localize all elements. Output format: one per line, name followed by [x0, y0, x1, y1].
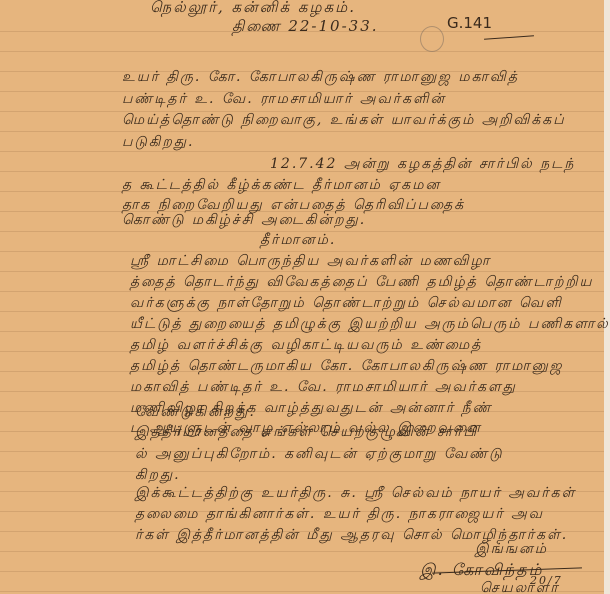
- paper-edge: [604, 0, 610, 594]
- section-heading: தீர்மானம்.: [260, 232, 336, 250]
- body-line: யீட்டுத் துறையைத் தமிழுக்கு இயற்றிய அரும…: [130, 316, 610, 334]
- body-line: த கூட்டத்தில் கீழ்க்கண்ட தீர்மானம் ஏகமன: [122, 177, 441, 195]
- body-line: மெய்த்தொண்டு நிறைவாகு, உங்கள் யாவர்க்கும…: [122, 112, 566, 130]
- signatory-title: செயலாளர்: [480, 580, 560, 594]
- body-line: ல் அனுப்புகிறோம். கனிவுடன் ஏற்குமாறு வேண…: [135, 446, 504, 464]
- body-line: த்தைத் தொடர்ந்து விவேகத்தைப் பேணி தமிழ்த…: [130, 274, 594, 292]
- body-line: வர்களுக்கு நாள்தோறும் தொண்டாற்றும் செல்வ…: [130, 295, 563, 313]
- body-line: 12.7.42 அன்று கழகத்தின் சார்பில் நடந்: [270, 156, 575, 174]
- body-line: தலைமை தாங்கினார்கள். உயர் திரு. நாகராஜைய…: [135, 506, 544, 524]
- header-date-line: திணை 22-10-33.: [232, 17, 379, 37]
- body-line: இக்கூட்டத்திற்கு உயர்திரு. சு. ஸ்ரீ செல்…: [135, 485, 576, 503]
- body-line: ஸ்ரீ மாட்சிமை பொருந்திய அவர்களின் மணவிழா: [130, 253, 491, 271]
- body-line: கிறது.: [135, 467, 181, 485]
- body-line: இத்தீர்மானத்தை எங்கள் செயற்குழுவின் சார்…: [135, 424, 478, 442]
- body-line: மகாவித் பண்டிதர் உ. வே. ராமசாமியார் அவர்…: [130, 379, 517, 397]
- body-line: தமிழ்த் தொண்டருமாகிய கோ. கோபாலகிருஷ்ண ரா…: [130, 358, 564, 376]
- pencil-circle-mark: [420, 26, 444, 52]
- body-line: உயர் திரு. கோ. கோபாலகிருஷ்ண ராமானுஜ மகாவ…: [122, 69, 519, 87]
- header-place-line: நெல்லூர், கன்னிக் கழகம்.: [150, 0, 356, 18]
- reference-number: G.141: [447, 14, 492, 32]
- body-line: பண்டிதர் உ. வே. ராமசாமியார் அவர்களின்: [122, 91, 446, 109]
- body-line: தமிழ் வளர்ச்சிக்கு வழிகாட்டியவரும் உண்மை…: [130, 337, 482, 355]
- body-line: படுகிறது.: [122, 134, 195, 152]
- valediction: இங்ஙனம்: [475, 541, 548, 559]
- body-line: கொண்டு மகிழ்ச்சி அடைகின்றது.: [122, 212, 366, 230]
- body-line: வேண்டுகின்றது.: [135, 404, 256, 422]
